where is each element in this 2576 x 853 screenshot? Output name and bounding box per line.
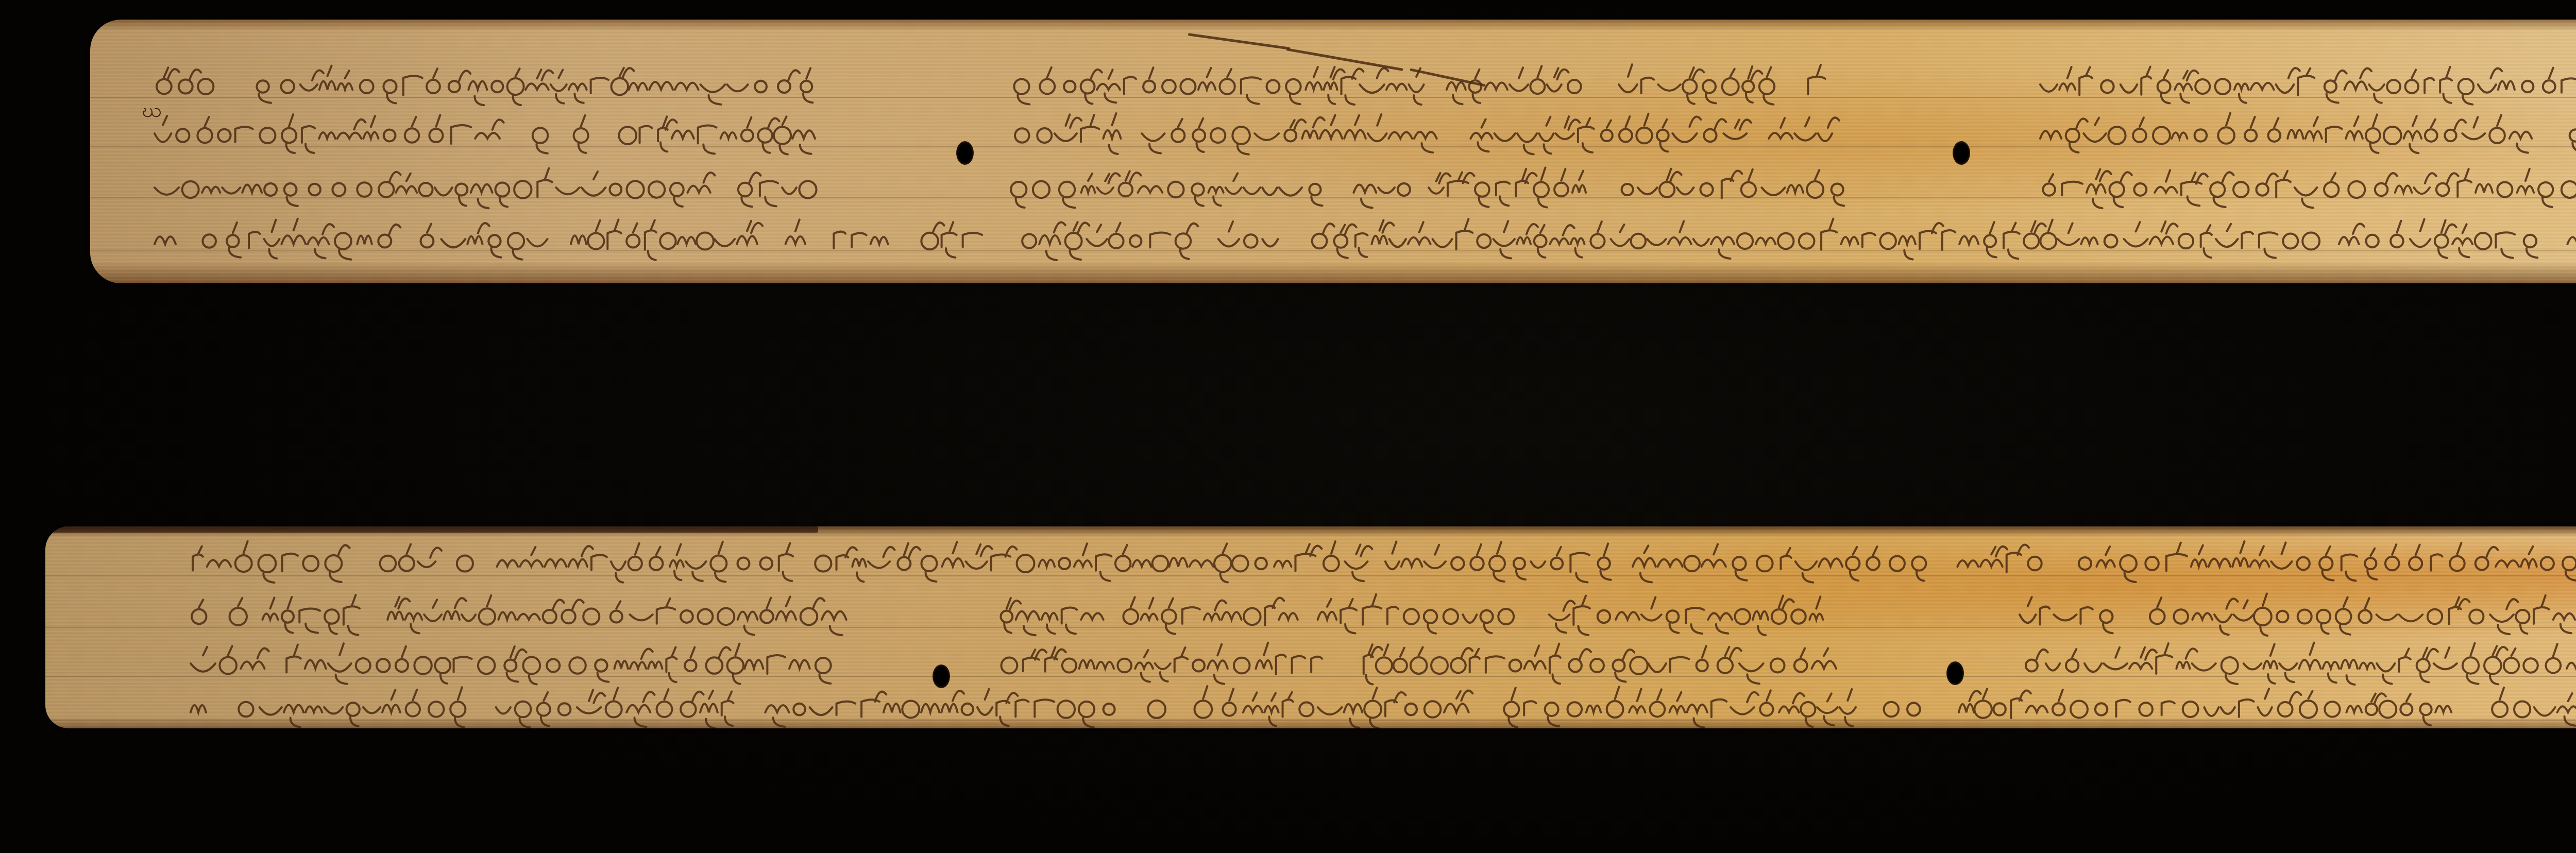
burmese-script-text — [90, 20, 2576, 283]
burmese-script-text — [45, 526, 2576, 728]
palm-leaf-bottom — [45, 526, 2576, 728]
palm-leaf-top: ဃ — [90, 20, 2576, 283]
